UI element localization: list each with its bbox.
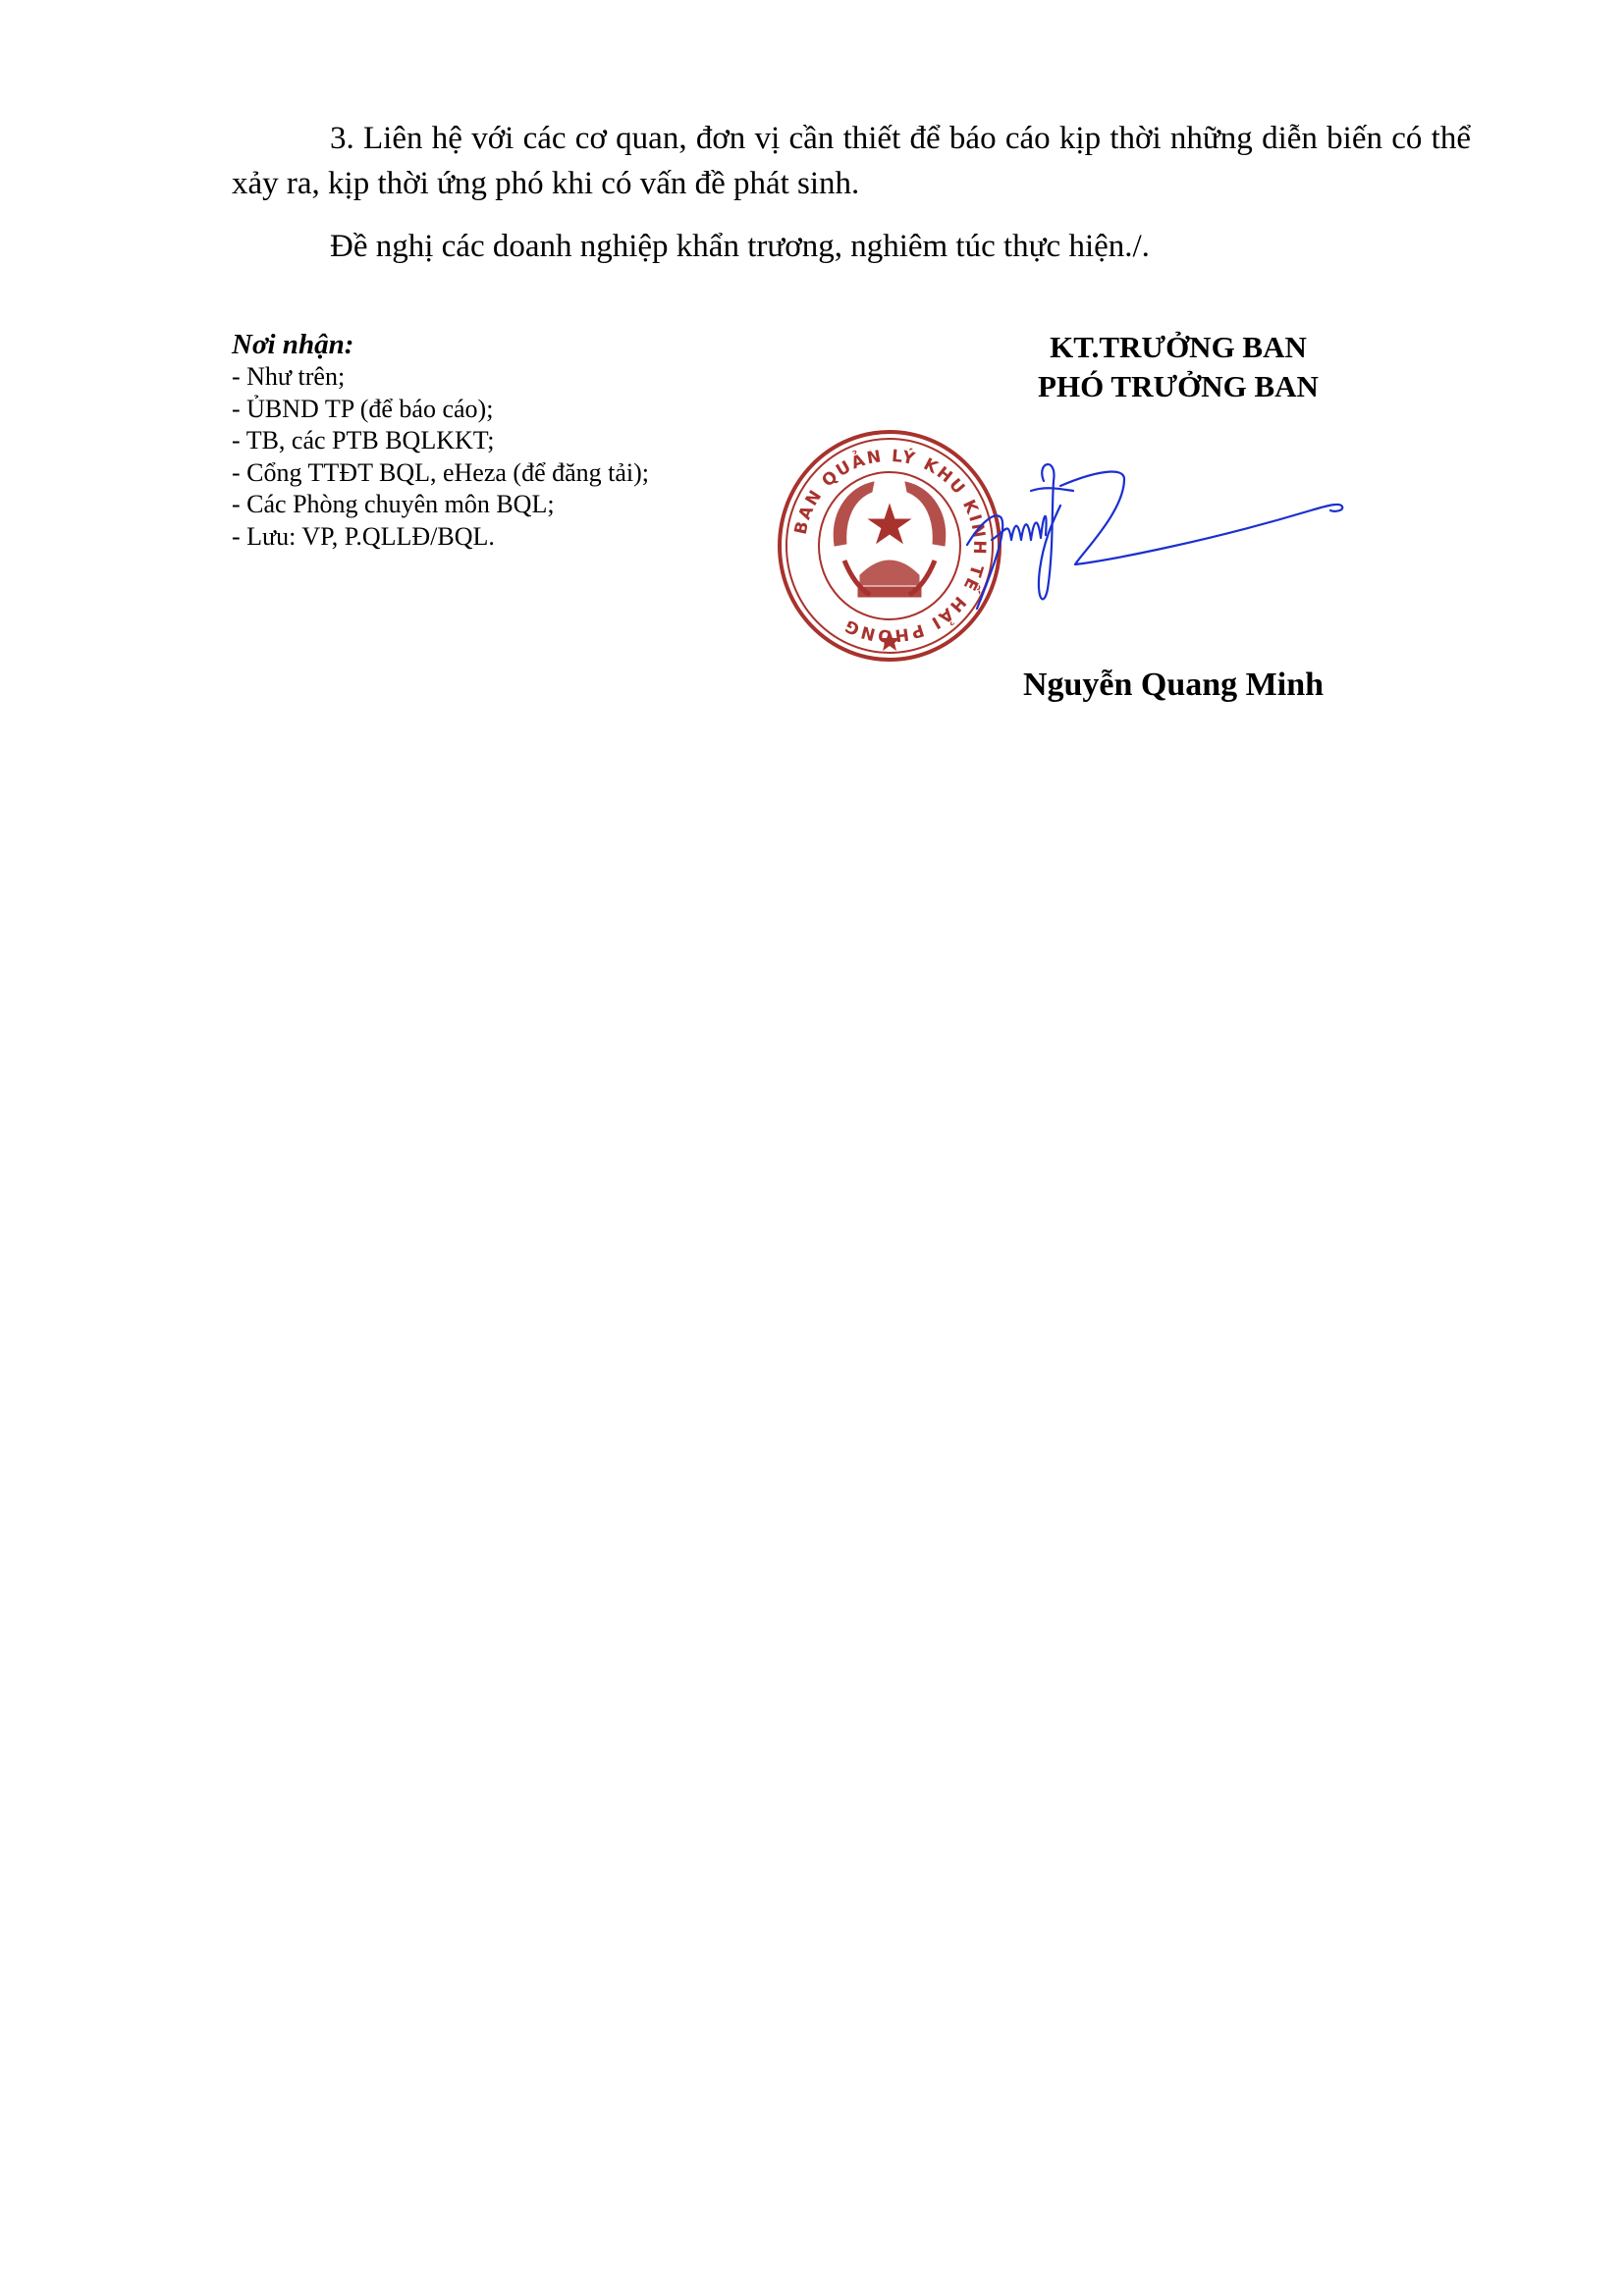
recipient-item: - Cổng TTĐT BQL, eHeza (để đăng tải); [232, 457, 782, 490]
recipients-title: Nơi nhận: [232, 328, 782, 361]
signer-title-line2: PHÓ TRƯỞNG BAN [943, 367, 1414, 406]
signature-title-block: KT.TRƯỞNG BAN PHÓ TRƯỞNG BAN [943, 328, 1414, 406]
recipient-item: - Lưu: VP, P.QLLĐ/BQL. [232, 521, 782, 554]
recipient-item: - Như trên; [232, 361, 782, 394]
paragraph-contact: 3. Liên hệ với các cơ quan, đơn vị cần t… [232, 116, 1471, 206]
paragraph-request: Đề nghị các doanh nghiệp khẩn trương, ng… [232, 224, 1471, 269]
recipient-item: - ỦBND TP (để báo cáo); [232, 394, 782, 426]
recipients-list: - Như trên; - ỦBND TP (để báo cáo); - TB… [232, 361, 782, 553]
handwritten-signature-icon [938, 452, 1370, 618]
recipient-item: - TB, các PTB BQLKKT; [232, 425, 782, 457]
recipient-item: - Các Phòng chuyên môn BQL; [232, 489, 782, 521]
signer-title-line1: KT.TRƯỞNG BAN [943, 328, 1414, 367]
signer-name: Nguyễn Quang Minh [962, 666, 1384, 705]
recipients-block: Nơi nhận: - Như trên; - ỦBND TP (để báo … [232, 328, 782, 553]
